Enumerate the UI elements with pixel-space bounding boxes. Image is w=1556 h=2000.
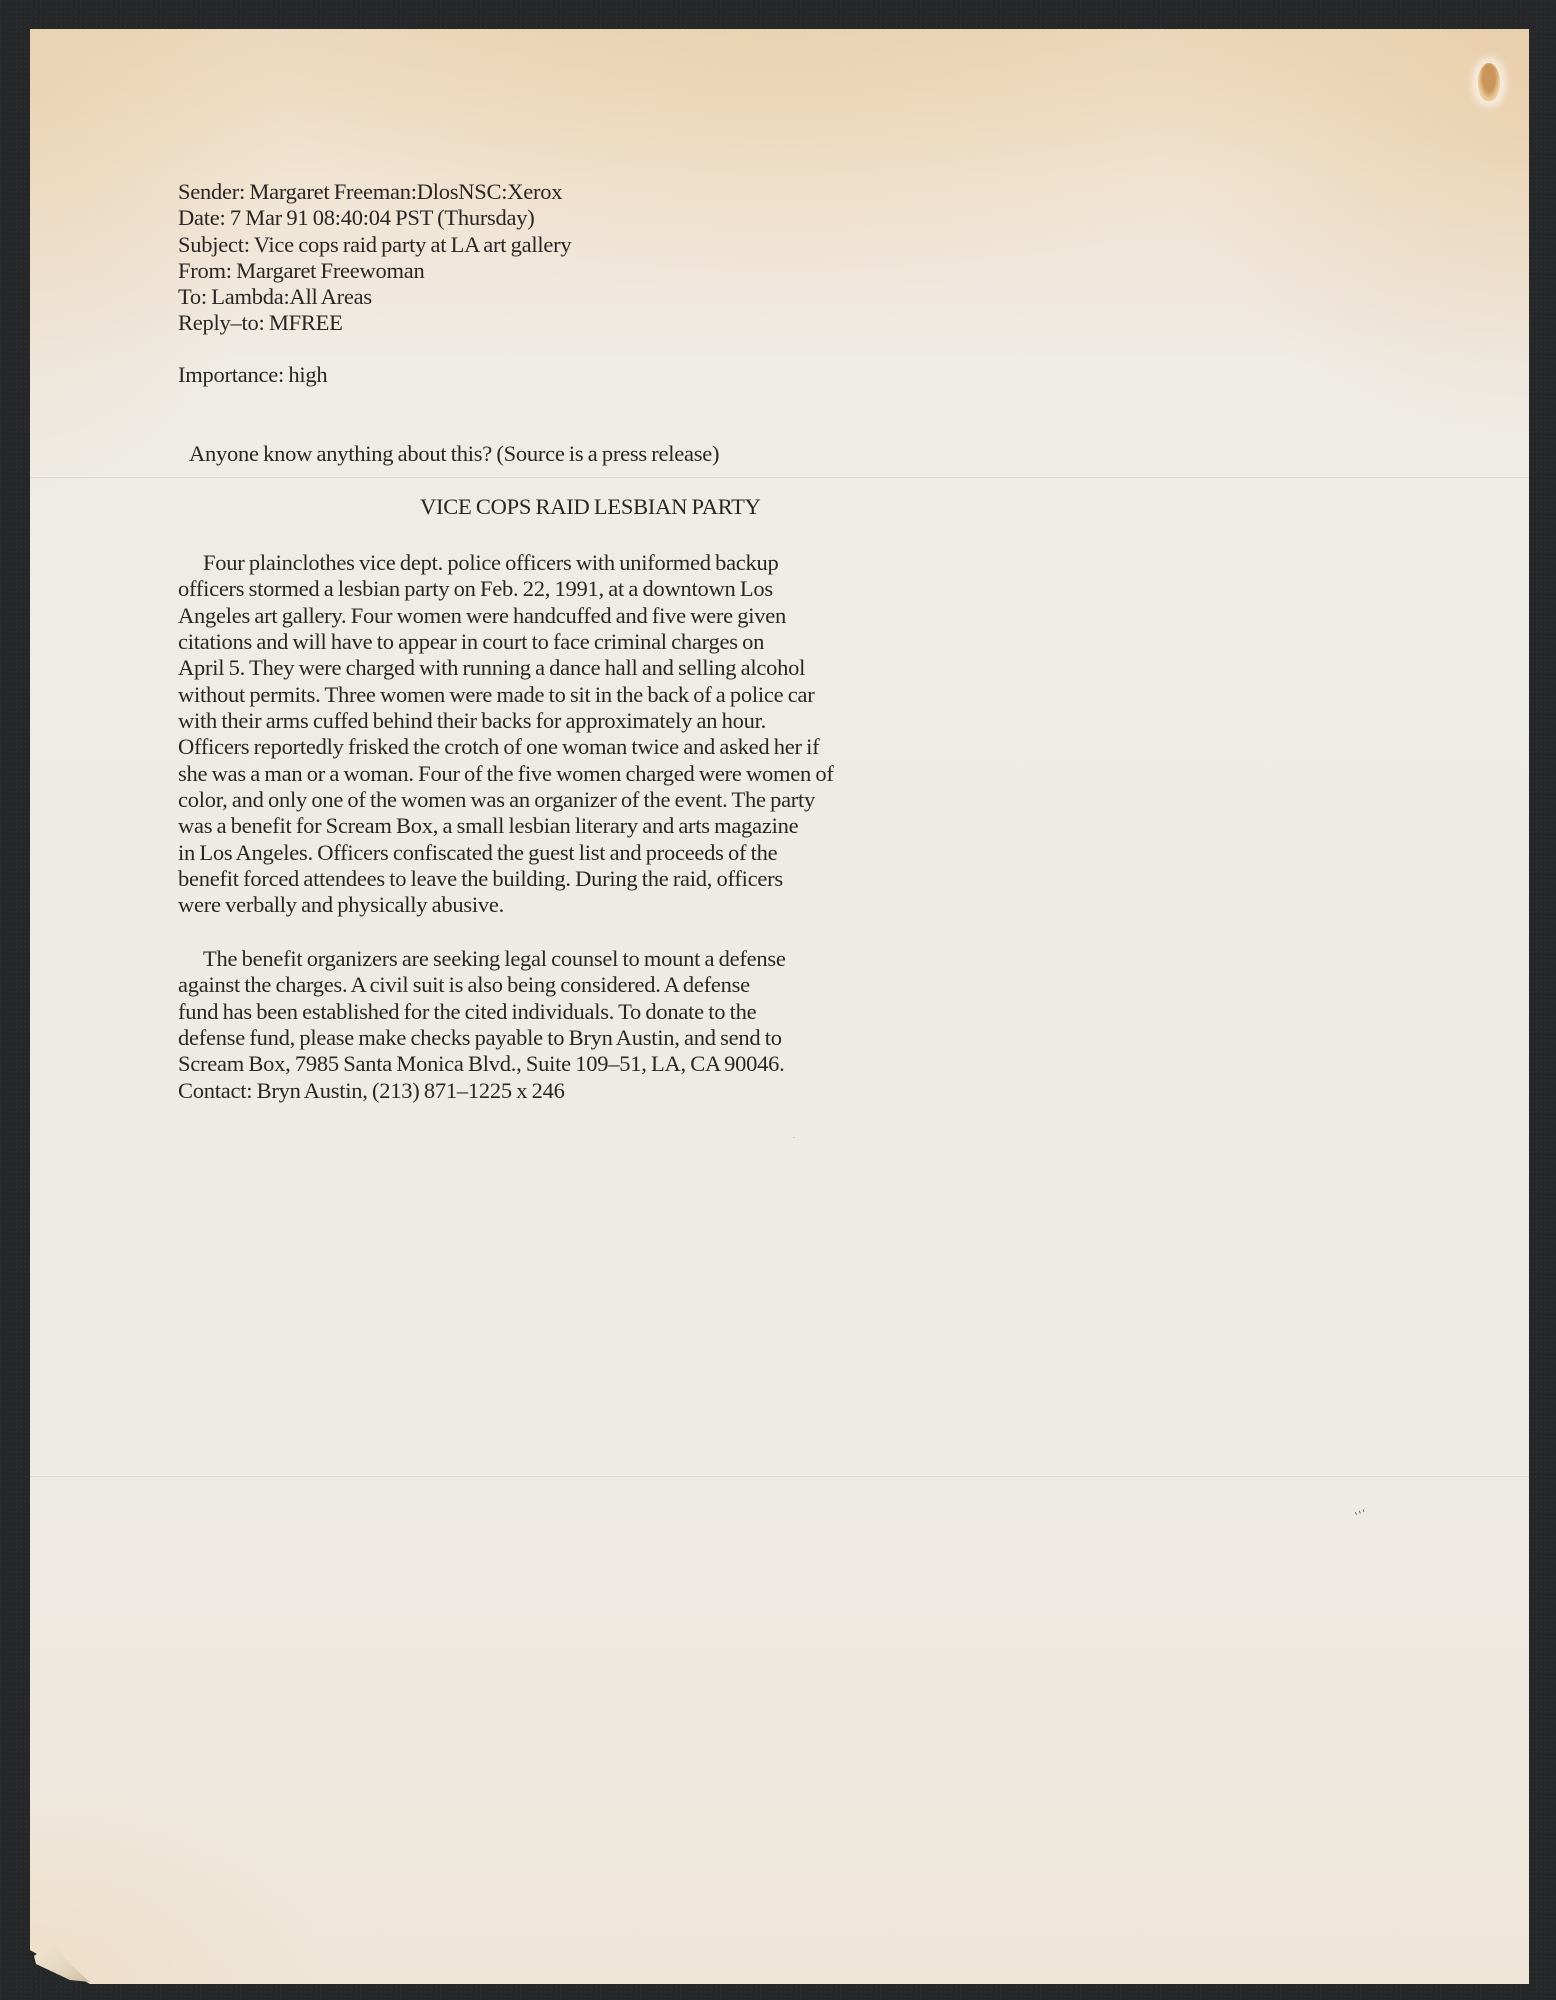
header-date: Date: 7 Mar 91 08:40:04 PST (Thursday) [178, 205, 571, 231]
text-line: against the charges. A civil suit is als… [178, 972, 786, 998]
intro-note: Anyone know anything about this? (Source… [189, 441, 719, 467]
header-reply-to: Reply–to: MFREE [178, 310, 571, 336]
text-line: Four plainclothes vice dept. police offi… [178, 550, 834, 576]
age-stain-bottom-left [30, 1784, 330, 1984]
text-line: benefit forced attendees to leave the bu… [178, 866, 834, 892]
text-line: in Los Angeles. Officers confiscated the… [178, 840, 834, 866]
header-sender: Sender: Margaret Freeman:DlosNSC:Xerox [178, 179, 571, 205]
text-line: Scream Box, 7985 Santa Monica Blvd., Sui… [178, 1051, 786, 1077]
text-line: Officers reportedly frisked the crotch o… [178, 734, 834, 760]
text-line: color, and only one of the women was an … [178, 787, 834, 813]
text-line: defense fund, please make checks payable… [178, 1025, 786, 1051]
header-importance: Importance: high [178, 362, 327, 388]
stray-dot: . [793, 1133, 796, 1140]
age-stain-right [1149, 29, 1529, 449]
press-release-headline: VICE COPS RAID LESBIAN PARTY [420, 494, 761, 520]
text-line: April 5. They were charged with running … [178, 655, 834, 681]
text-line: were verbally and physically abusive. [178, 892, 834, 918]
text-line: citations and will have to appear in cou… [178, 629, 834, 655]
text-line: fund has been established for the cited … [178, 999, 786, 1025]
email-header: Sender: Margaret Freeman:DlosNSC:Xerox D… [178, 179, 571, 337]
fold-crease-lower [30, 1475, 1529, 1477]
text-line: without permits. Three women were made t… [178, 682, 834, 708]
header-subject: Subject: Vice cops raid party at LA art … [178, 232, 571, 258]
text-line: officers stormed a lesbian party on Feb.… [178, 576, 834, 602]
header-to: To: Lambda:All Areas [178, 284, 571, 310]
text-line: with their arms cuffed behind their back… [178, 708, 834, 734]
contact-line: Contact: Bryn Austin, (213) 871–1225 x 2… [178, 1078, 786, 1104]
text-line: The benefit organizers are seeking legal… [178, 946, 786, 972]
text-line: she was a man or a woman. Four of the fi… [178, 761, 834, 787]
text-line: was a benefit for Scream Box, a small le… [178, 813, 834, 839]
fold-crease-upper [30, 476, 1529, 478]
punch-hole-mark [1478, 63, 1500, 101]
text-line: Angeles art gallery. Four women were han… [178, 603, 834, 629]
paragraph-defense-fund: The benefit organizers are seeking legal… [178, 946, 786, 1104]
paragraph-incident: Four plainclothes vice dept. police offi… [178, 550, 834, 919]
header-from: From: Margaret Freewoman [178, 258, 571, 284]
